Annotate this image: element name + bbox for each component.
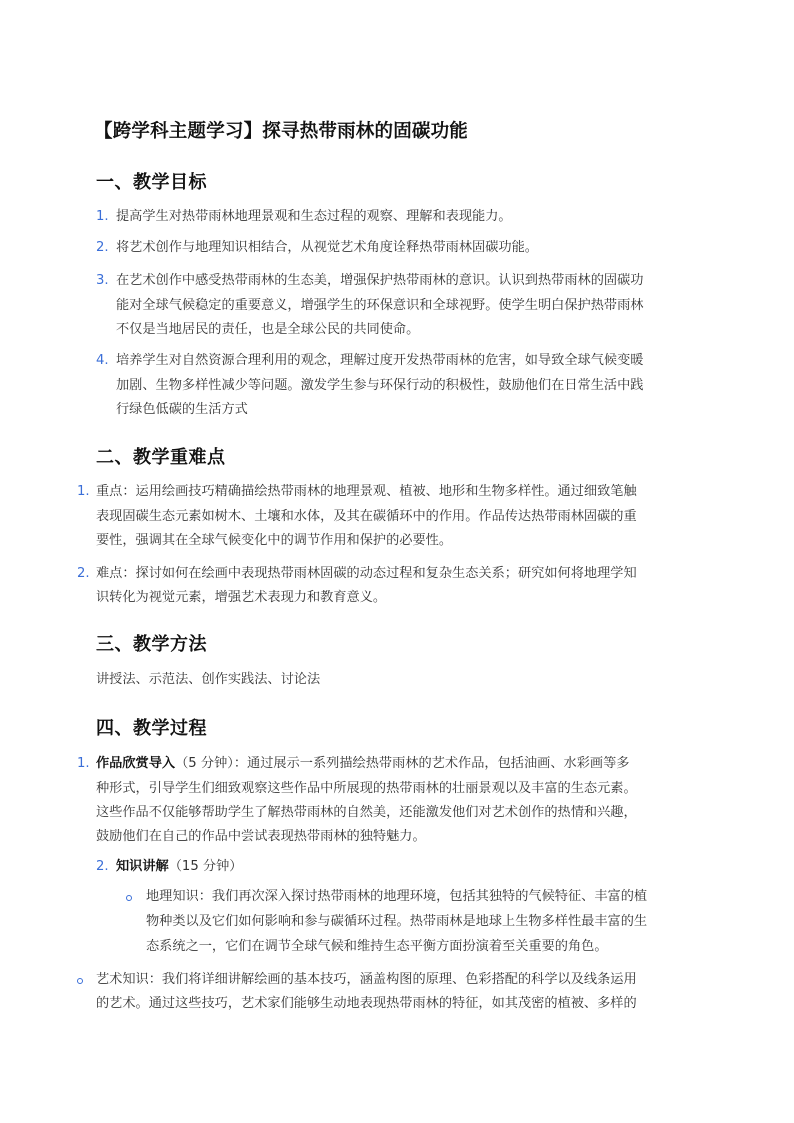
step-text: 通过展示一系列描绘热带雨林的艺术作品，包括油画、水彩画等多	[247, 756, 629, 771]
list-item-text: 能对全球气候稳定的重要意义，增强学生的环保意识和全球视野。使学生明白保护热带雨林	[116, 298, 644, 314]
list-item-text: 作品欣赏导入（5 分钟）：通过展示一系列描绘热带雨林的艺术作品，包括油画、水彩画…	[96, 756, 629, 772]
list-marker: 1.	[77, 756, 90, 772]
step-title: 作品欣赏导入	[96, 756, 175, 771]
section-heading-process: 四、教学过程	[96, 714, 207, 740]
list-item-text: 艺术知识：我们将详细讲解绘画的基本技巧，涵盖构图的原理、色彩搭配的科学以及线条运…	[96, 972, 637, 988]
step-title: 知识讲解	[116, 859, 169, 874]
list-marker: 1.	[77, 484, 90, 500]
list-item-text: 地理知识：我们再次深入探讨热带雨林的地理环境，包括其独特的气候特征、丰富的植	[146, 889, 647, 905]
list-item-text: 物种类以及它们如何影响和参与碳循环过程。热带雨林是地球上生物多样性最丰富的生	[146, 914, 647, 930]
list-item-text: 鼓励他们在自己的作品中尝试表现热带雨林的独特魅力。	[96, 829, 426, 845]
list-marker: 2.	[96, 240, 109, 256]
list-marker: 3.	[96, 273, 109, 289]
step-duration: （15 分钟）	[169, 859, 243, 874]
list-item-text: 重点：运用绘画技巧精确描绘热带雨林的地理景观、植被、地形和生物多样性。通过细致笔…	[96, 484, 637, 500]
list-item-text: 知识讲解（15 分钟）	[116, 859, 242, 875]
list-marker: 2.	[96, 859, 109, 875]
section-heading-objectives: 一、教学目标	[96, 168, 207, 194]
list-item-text: 在艺术创作中感受热带雨林的生态美，增强保护热带雨林的意识。认识到热带雨林的固碳功	[116, 273, 644, 289]
list-marker: 2.	[77, 566, 90, 582]
list-marker: 1.	[96, 209, 109, 225]
list-item-text: 种形式，引导学生们细致观察这些作品中所展现的热带雨林的壮丽景观以及丰富的生态元素…	[96, 781, 637, 797]
list-item-text: 加剧、生物多样性减少等问题。激发学生参与环保行动的积极性，鼓励他们在日常生活中践	[116, 378, 644, 394]
document-title: 【跨学科主题学习】探寻热带雨林的固碳功能	[94, 117, 468, 143]
list-item-text: 培养学生对自然资源合理利用的观念，理解过度开发热带雨林的危害，如导致全球气候变暖	[116, 353, 644, 369]
list-item-text: 将艺术创作与地理知识相结合，从视觉艺术角度诠释热带雨林固碳功能。	[116, 240, 538, 256]
methods-paragraph: 讲授法、示范法、创作实践法、讨论法	[96, 672, 320, 688]
list-item-text: 提高学生对热带雨林地理景观和生态过程的观察、理解和表现能力。	[116, 209, 512, 225]
list-item-text: 不仅是当地居民的责任，也是全球公民的共同使命。	[116, 322, 419, 338]
section-heading-key-points: 二、教学重难点	[96, 443, 226, 469]
list-item-text: 这些作品不仅能够帮助学生了解热带雨林的自然美，还能激发他们对艺术创作的热情和兴趣…	[96, 805, 637, 821]
list-item-text: 表现固碳生态元素如树木、土壤和水体，及其在碳循环中的作用。作品传达热带雨林固碳的…	[96, 509, 637, 525]
list-item-text: 难点：探讨如何在绘画中表现热带雨林固碳的动态过程和复杂生态关系；研究如何将地理学…	[96, 566, 637, 582]
list-marker: 4.	[96, 353, 109, 369]
list-item-text: 行绿色低碳的生活方式	[116, 402, 248, 418]
list-item-text: 态系统之一，它们在调节全球气候和维持生态平衡方面扮演着至关重要的角色。	[146, 939, 608, 955]
hollow-bullet-icon	[77, 978, 83, 984]
list-item-text: 要性，强调其在全球气候变化中的调节作用和保护的必要性。	[96, 533, 452, 549]
section-heading-methods: 三、教学方法	[96, 630, 207, 656]
hollow-bullet-icon	[126, 895, 132, 901]
list-item-text: 识转化为视觉元素，增强艺术表现力和教育意义。	[96, 590, 386, 606]
step-duration: （5 分钟）：	[175, 756, 247, 771]
list-item-text: 的艺术。通过这些技巧，艺术家们能够生动地表现热带雨林的特征，如其茂密的植被、多样…	[96, 996, 637, 1012]
